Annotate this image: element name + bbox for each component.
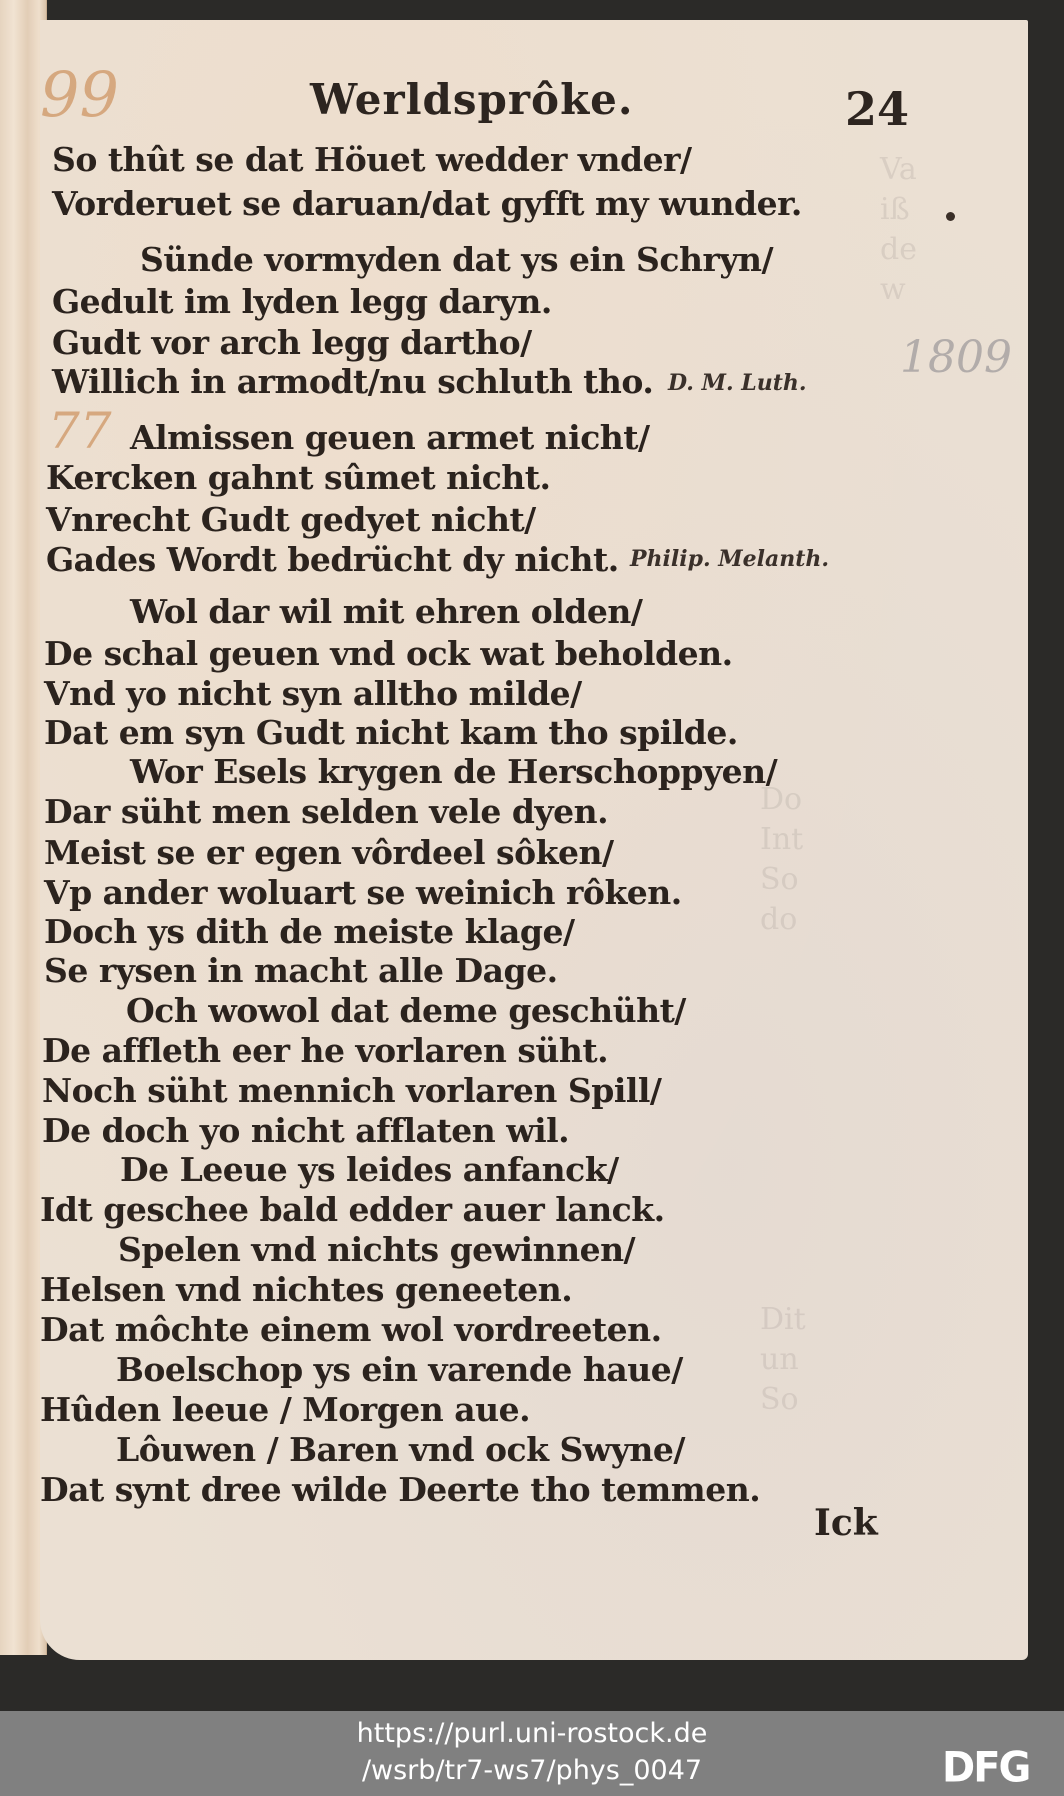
text-line: De affleth eer he vorlaren süht. [42,1031,608,1070]
text-line: Vnd yo nicht syn alltho milde/ [44,674,582,713]
attribution-melanchthon: Philip. Melanth. [630,546,829,572]
dfg-logo: DFG [942,1744,1029,1792]
running-head: Werldsprôke. [310,75,634,124]
bleed-through-text: Do Int So do [760,780,803,940]
text-line: Gudt vor arch legg dartho/ [52,323,532,362]
permalink[interactable]: https://purl.uni-rostock.de /wsrb/tr7-ws… [0,1715,1064,1789]
catchword: Ick [814,1502,878,1544]
text-line: Dat môchte einem wol vordreeten. [40,1310,662,1349]
text-line: Almissen geuen armet nicht/ [130,418,650,457]
permalink-line-2[interactable]: /wsrb/tr7-ws7/phys_0047 [0,1752,1064,1789]
text-line: Boelschop ys ein varende haue/ [116,1350,683,1389]
text-line: Gedult im lyden legg daryn. [52,282,552,321]
bleed-through-text: Dit un So [760,1300,806,1420]
handwritten-mark-left-margin: 77 [48,402,112,460]
handwritten-mark-top-left: 99 [40,58,119,131]
text-line: Idt geschee bald edder auer lanck. [40,1190,665,1229]
text-line: De schal geuen vnd ock wat beholden. [44,634,733,673]
text-line: Dat em syn Gudt nicht kam tho spilde. [44,713,738,752]
text-line: Och wowol dat deme geschüht/ [126,991,686,1030]
text-line: Se rysen in macht alle Dage. [44,951,558,990]
attribution-luther: D. M. Luth. [668,370,807,396]
text-line: Wol dar wil mit ehren olden/ [130,592,642,631]
text-line: Vnrecht Gudt gedyet nicht/ [46,500,536,539]
permalink-line-1[interactable]: https://purl.uni-rostock.de [0,1715,1064,1752]
text-line: De doch yo nicht afflaten wil. [42,1111,569,1150]
bleed-through-text: Va iß de w [880,150,917,310]
text-line: Meist se er egen vôrdeel sôken/ [44,833,614,872]
text-line: So thût se dat Höuet wedder vnder/ [52,140,692,179]
text-line: Spelen vnd nichts gewinnen/ [118,1230,635,1269]
pencil-mark-right-margin: 1809 [900,332,1012,383]
text-line: Kercken gahnt sûmet nicht. [46,458,551,497]
text-line: Helsen vnd nichtes geneeten. [40,1270,572,1309]
text-line: Dat synt dree wilde Deerte tho temmen. [40,1470,760,1509]
text-line: Dar süht men selden vele dyen. [44,792,608,831]
text-line: De Leeue ys leides anfanck/ [120,1150,619,1189]
text-line: Vorderuet se daruan/dat gyfft my wunder. [52,184,802,223]
text-line: Gades Wordt bedrücht dy nicht. [46,540,619,579]
text-line: Vp ander woluart se weinich rôken. [44,873,682,912]
ink-dot [946,212,955,221]
page-number: 24 [845,82,909,136]
footer-bar: https://purl.uni-rostock.de /wsrb/tr7-ws… [0,1711,1064,1796]
text-line: Sünde vormyden dat ys ein Schryn/ [140,240,773,279]
text-line: Willich in armodt/nu schluth tho. [52,362,653,401]
text-line: Doch ys dith de meiste klage/ [44,912,575,951]
text-line: Noch süht mennich vorlaren Spill/ [42,1071,661,1110]
text-line: Lôuwen / Baren vnd ock Swyne/ [116,1430,685,1469]
text-line: Hûden leeue / Morgen aue. [40,1390,530,1429]
text-line: Wor Esels krygen de Herschoppyen/ [130,752,777,791]
